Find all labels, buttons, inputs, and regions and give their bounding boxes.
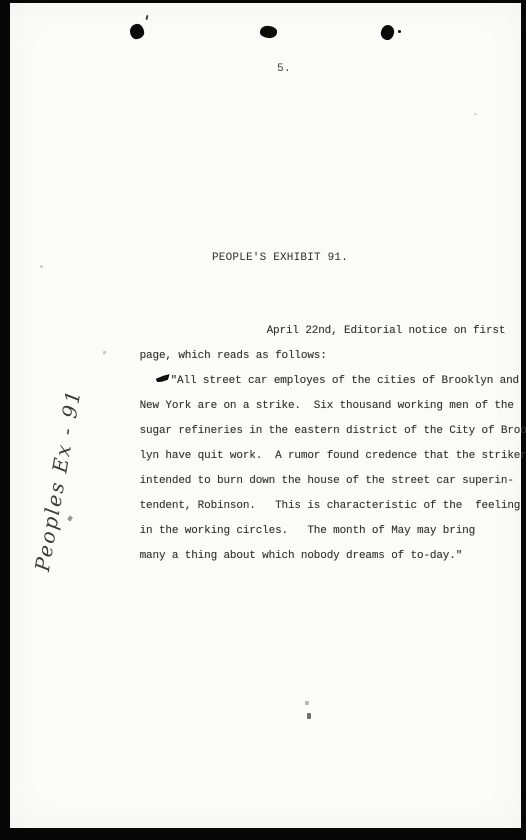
page-number: 5. — [277, 63, 291, 75]
scan-artifact-dot — [305, 701, 309, 705]
body-line-text: sugar refineries in the eastern district… — [140, 425, 526, 437]
body-line-text: tendent, Robinson. This is characteristi… — [140, 500, 521, 512]
scan-border-frame: 5. PEOPLE'S EXHIBIT 91. April 22nd, Edit… — [0, 0, 526, 840]
ink-blot-icon — [380, 24, 395, 41]
scan-artifact-speck — [67, 515, 73, 521]
ink-blot-icon — [129, 23, 145, 40]
body-line-text: page, which reads as follows: — [140, 350, 327, 362]
scan-artifact-speck — [474, 113, 477, 115]
body-text-block: April 22nd, Editorial notice on first pa… — [88, 294, 508, 544]
body-line-text: intended to burn down the house of the s… — [140, 475, 514, 487]
ink-flag-mark-icon — [156, 374, 170, 382]
ink-blot-icon — [260, 25, 278, 38]
body-line-text: in the working circles. The month of May… — [140, 525, 475, 537]
body-line-text: lyn have quit work. A rumor found creden… — [140, 450, 526, 462]
ink-speck-icon — [146, 15, 149, 20]
body-line-text: many a thing about which nobody dreams o… — [140, 550, 463, 562]
scan-artifact-dot — [307, 713, 311, 719]
body-line-text: "All street car employes of the cities o… — [171, 375, 519, 387]
margin-note-handwritten: Peoples Ex - 91 — [30, 387, 86, 573]
body-line: April 22nd, Editorial notice on first — [215, 294, 508, 319]
exhibit-title: PEOPLE'S EXHIBIT 91. — [212, 252, 348, 264]
scan-artifact-speck — [103, 351, 106, 354]
body-line-text: April 22nd, Editorial notice on first — [267, 325, 506, 337]
document-page: 5. PEOPLE'S EXHIBIT 91. April 22nd, Edit… — [10, 3, 521, 828]
ink-speck-icon — [398, 30, 401, 33]
scan-artifact-speck — [40, 265, 43, 268]
body-line-text: New York are on a strike. Six thousand w… — [140, 400, 514, 412]
